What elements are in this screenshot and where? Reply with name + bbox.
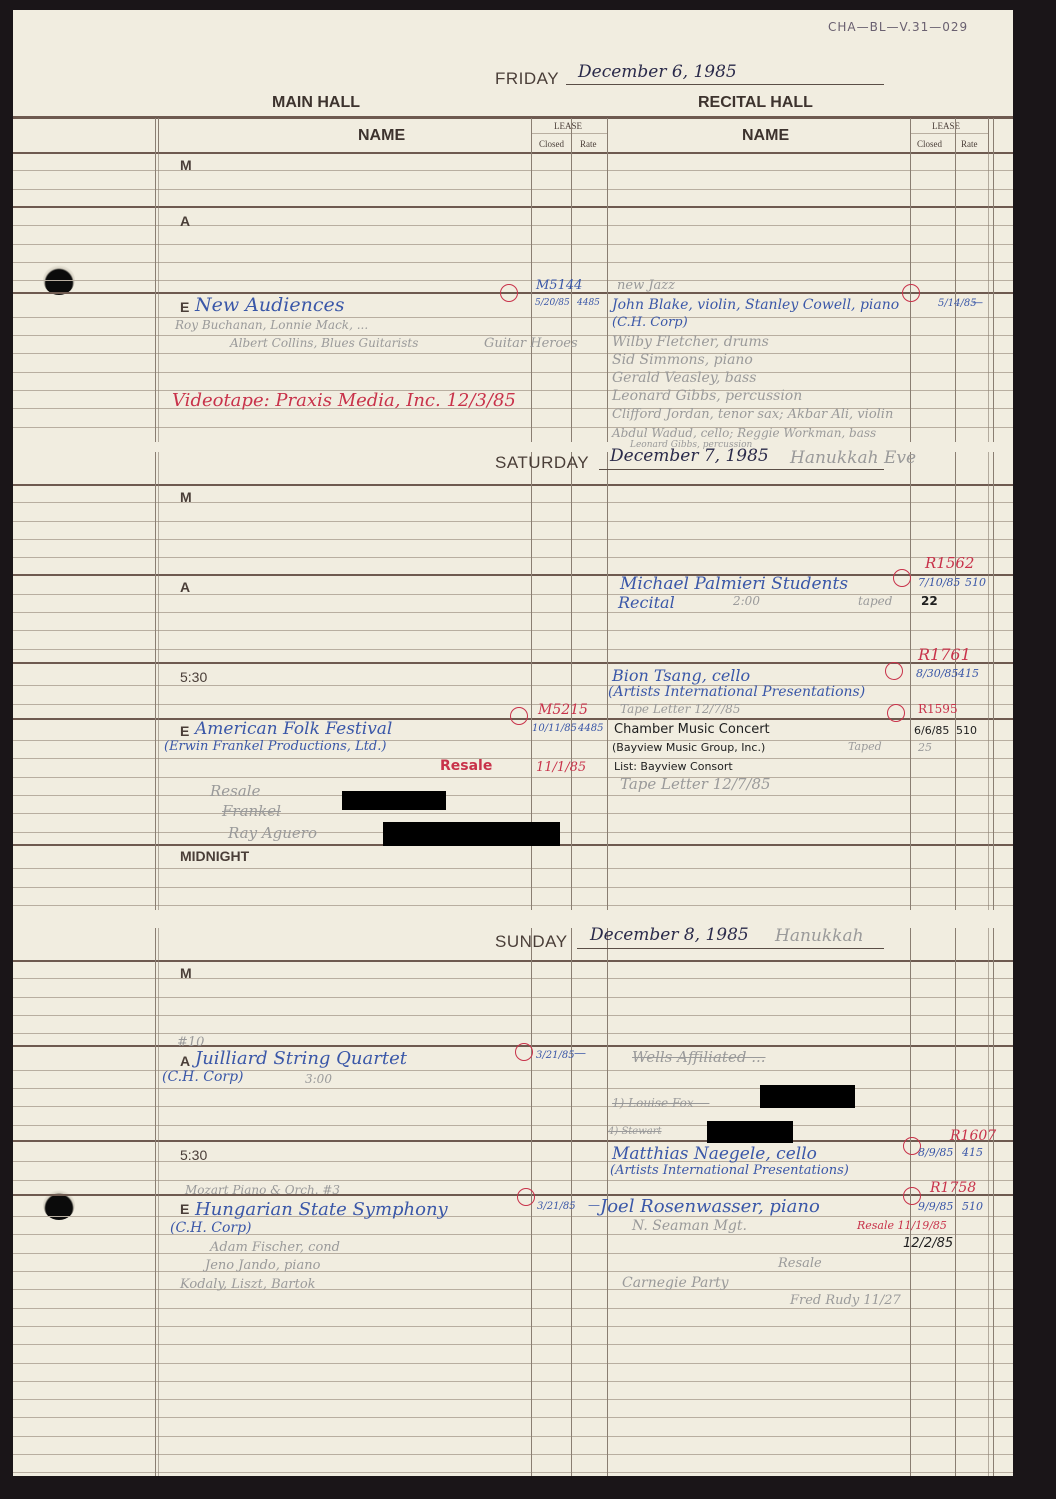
rule	[13, 887, 1013, 888]
lease-rate: 415	[958, 667, 979, 680]
rule	[993, 118, 994, 152]
pencil-note: Carnegie Party	[622, 1275, 729, 1291]
personnel-note: Wilby Fletcher, drums	[612, 334, 769, 350]
lease-rate: 510	[956, 724, 977, 737]
date-note: Hanukkah	[775, 926, 864, 946]
presenter: (Artists International Presentations)	[610, 1163, 849, 1178]
main-closed-header: Closed	[539, 139, 564, 149]
lease-rate: —	[972, 296, 983, 309]
rule	[13, 662, 1013, 664]
day-label-friday: FRIDAY	[495, 69, 559, 89]
lease-extra: 22	[921, 594, 938, 608]
redaction-bar	[383, 822, 560, 846]
pencil-note-struck: 1) Louise Fox —	[612, 1096, 709, 1110]
pencil-note-struck: Wells Affiliated ...	[632, 1048, 766, 1066]
recital-closed-header: Closed	[917, 139, 942, 149]
rule	[13, 1234, 1013, 1235]
rule	[13, 189, 1013, 190]
pencil-note: Adam Fischer, cond	[210, 1240, 340, 1255]
redaction-bar	[342, 791, 446, 810]
slot-morning: M	[180, 489, 192, 505]
rule	[13, 116, 1013, 119]
lease-closed-date: 5/20/85	[535, 298, 570, 308]
lease-number: M5215	[538, 702, 588, 718]
rule	[13, 353, 1013, 354]
lease-rate: 415	[962, 1146, 983, 1159]
rule	[13, 1140, 1013, 1142]
lease-closed-date: 8/9/85	[918, 1146, 953, 1159]
date-underline	[577, 948, 884, 949]
event-name: Chamber Music Concert	[614, 722, 770, 737]
rule	[13, 1106, 1013, 1107]
pencil-note: Fred Rudy 11/27	[790, 1293, 901, 1308]
lease-closed-date: 8/30/85	[916, 667, 958, 680]
lease-rate: 4485	[577, 298, 600, 308]
day-label-sunday: SUNDAY	[495, 932, 568, 952]
rule	[13, 372, 1013, 373]
main-lease-header: LEASE	[554, 121, 582, 131]
rule	[13, 484, 1013, 486]
rule	[910, 452, 911, 910]
recital-name-header: NAME	[742, 127, 789, 145]
event-name: Joel Rosenwasser, piano	[600, 1196, 820, 1217]
rule	[531, 120, 532, 442]
rule	[13, 1454, 1013, 1455]
rule	[13, 1472, 1013, 1473]
rule	[13, 612, 1013, 613]
lease-circle-mark	[902, 284, 920, 302]
presenter: (Artists International Presentations)	[608, 684, 865, 700]
rule	[13, 758, 1013, 759]
rule	[13, 1161, 1013, 1162]
pencil-note-struck: Frankel	[222, 802, 281, 820]
slot-morning: M	[180, 965, 192, 981]
rule	[155, 118, 156, 152]
slot-evening: E	[180, 1201, 189, 1217]
rule	[910, 118, 911, 152]
lease-number: R1758	[930, 1180, 976, 1196]
lease-circle-mark	[887, 704, 905, 722]
date-note: Hanukkah Eve	[790, 448, 916, 468]
rule	[988, 120, 989, 442]
rule	[13, 1015, 1013, 1016]
rule	[13, 997, 1013, 998]
rule	[13, 1180, 1013, 1181]
lease-closed-date: 3/21/85	[537, 1201, 576, 1212]
slot-evening: E	[180, 299, 189, 315]
rule	[955, 452, 956, 910]
lease-number: R1562	[925, 554, 974, 572]
pencil-note: Ray Aguero	[228, 824, 317, 842]
date-saturday: December 7, 1985	[610, 446, 769, 466]
event-name: Hungarian State Symphony	[195, 1199, 448, 1220]
pencil-note: Mozart Piano & Orch. #3	[185, 1183, 340, 1197]
pencil-note: Albert Collins, Blues Guitarists	[230, 336, 418, 350]
slot-afternoon: A	[180, 1053, 190, 1069]
rule	[13, 704, 1013, 705]
lease-circle-mark	[510, 707, 528, 725]
event-name: New Audiences	[195, 294, 345, 316]
reference-code: CHA—BL—V.31—029	[828, 20, 968, 34]
pencil-note: new Jazz	[617, 278, 675, 293]
rule	[13, 1253, 1013, 1254]
rule	[13, 1216, 1013, 1217]
rule	[13, 1045, 1013, 1047]
pencil-note: taped	[858, 594, 892, 608]
rule	[607, 120, 608, 442]
rule	[13, 206, 1013, 208]
presenter: (Erwin Frankel Productions, Ltd.)	[164, 739, 386, 754]
rule	[13, 649, 1013, 650]
rule	[988, 928, 989, 1476]
main-name-header: NAME	[358, 127, 405, 145]
event-name: Juilliard String Quartet	[195, 1048, 407, 1069]
rule	[607, 118, 608, 152]
rule	[993, 452, 994, 910]
rule	[988, 452, 989, 910]
rule	[13, 225, 1013, 226]
lease-circle-mark	[893, 569, 911, 587]
rule	[571, 452, 572, 910]
rule	[13, 317, 1013, 318]
rule	[13, 170, 1013, 171]
rule	[158, 118, 159, 152]
personnel-note: Abdul Wadud, cello; Reggie Workman, bass	[612, 426, 876, 440]
rule	[13, 244, 1013, 245]
rule	[158, 452, 159, 910]
lease-number: R1607	[950, 1128, 996, 1144]
rule	[571, 118, 572, 152]
rule	[13, 1125, 1013, 1126]
pencil-note: Resale	[210, 782, 261, 800]
rule	[993, 120, 994, 442]
event-name-line2: Recital	[618, 593, 675, 612]
rule	[13, 1271, 1013, 1272]
pencil-note: Taped	[848, 740, 882, 753]
rule	[910, 120, 911, 442]
pencil-note: Tape Letter 12/7/85	[620, 702, 740, 716]
pencil-note: Kodaly, Liszt, Bartok	[180, 1277, 316, 1292]
rule	[955, 928, 956, 1476]
event-time: 3:00	[305, 1072, 332, 1086]
pencil-note: N. Seaman Mgt.	[632, 1218, 747, 1234]
rule	[13, 1417, 1013, 1418]
lease-circle-mark	[515, 1043, 533, 1061]
rule	[910, 133, 988, 134]
lease-closed-date: 6/6/85	[914, 724, 949, 737]
rule	[13, 905, 1013, 906]
recital-hall-heading: RECITAL HALL	[698, 94, 813, 112]
main-rate-header: Rate	[580, 139, 597, 149]
rule	[158, 120, 159, 442]
event-time: 2:00	[733, 594, 760, 608]
lease-closed-date: 5/14/85	[938, 298, 977, 309]
slot-five-thirty: 5:30	[180, 1147, 207, 1163]
slot-afternoon: A	[180, 213, 190, 229]
rule	[531, 133, 607, 134]
rule	[158, 928, 159, 1476]
pencil-note: Tape Letter 12/7/85	[620, 775, 771, 793]
rule	[993, 928, 994, 1476]
day-label-saturday: SATURDAY	[495, 453, 589, 473]
event-name: John Blake, violin, Stanley Cowell, pian…	[612, 297, 899, 313]
rule	[155, 928, 156, 1476]
presenter: (Bayview Music Group, Inc.)	[612, 741, 765, 754]
rule	[13, 1289, 1013, 1290]
rule	[13, 539, 1013, 540]
lease-circle-mark	[517, 1188, 535, 1206]
resale-note: Resale	[440, 758, 492, 774]
lease-closed-date: 7/10/85	[918, 576, 960, 589]
videotape-note: Videotape: Praxis Media, Inc. 12/3/85	[172, 390, 516, 411]
rule	[155, 120, 156, 442]
slot-evening: E	[180, 723, 189, 739]
lease-rate: 510	[965, 576, 986, 589]
rule	[13, 280, 1013, 281]
lease-rate: —	[588, 1198, 600, 1212]
rule	[531, 118, 532, 152]
rule	[13, 1363, 1013, 1364]
slot-morning: M	[180, 157, 192, 173]
pencil-note: Resale	[778, 1256, 822, 1271]
personnel-note: Gerald Veasley, bass	[612, 370, 756, 386]
lease-closed-date: 9/9/85	[918, 1200, 953, 1213]
pencil-note-struck: 4) Stewart	[608, 1126, 662, 1137]
billing-note: List: Bayview Consort	[614, 760, 733, 773]
lease-rate: —	[574, 1046, 586, 1060]
date-underline	[599, 469, 884, 470]
lease-closed-date: 10/11/85	[532, 723, 577, 734]
slot-five-thirty: 5:30	[180, 669, 207, 685]
rule	[13, 1308, 1013, 1309]
rule	[13, 1399, 1013, 1400]
rule	[955, 120, 956, 442]
slot-afternoon: A	[180, 579, 190, 595]
rule	[13, 978, 1013, 979]
rule	[13, 1033, 1013, 1034]
slot-midnight: MIDNIGHT	[180, 848, 249, 864]
date-note: 12/2/85	[903, 1236, 953, 1251]
pencil-note: Roy Buchanan, Lonnie Mack, ...	[175, 318, 368, 332]
pencil-note: Guitar Heroes	[484, 336, 578, 351]
rule	[955, 118, 956, 152]
rule	[988, 118, 989, 152]
resale-note: Resale 11/19/85	[857, 1219, 947, 1232]
lease-closed-date: 3/21/85	[536, 1050, 575, 1061]
main-hall-heading: MAIN HALL	[272, 94, 360, 112]
lease-rate: 510	[962, 1200, 983, 1213]
personnel-note: Sid Simmons, piano	[612, 352, 753, 368]
presenter: (C.H. Corp)	[170, 1220, 252, 1236]
rule	[13, 502, 1013, 503]
event-name: Bion Tsang, cello	[612, 666, 750, 685]
redaction-bar	[760, 1085, 855, 1108]
date-sunday: December 8, 1985	[590, 925, 749, 945]
pencil-note: Jeno Jando, piano	[205, 1258, 320, 1273]
rule	[13, 557, 1013, 558]
lease-rate: 4485	[578, 723, 603, 734]
event-name: Matthias Naegele, cello	[612, 1144, 817, 1164]
personnel-note: Leonard Gibbs, percussion	[612, 388, 802, 404]
rule	[13, 960, 1013, 962]
rule	[13, 1436, 1013, 1437]
rule	[13, 1381, 1013, 1382]
lease-circle-mark	[885, 662, 903, 680]
rule	[13, 777, 1013, 778]
rule	[13, 521, 1013, 522]
rule	[13, 1088, 1013, 1089]
event-name: Michael Palmieri Students	[620, 574, 848, 594]
rule	[13, 262, 1013, 263]
lease-number: R1761	[918, 645, 971, 664]
rule	[13, 574, 1013, 576]
date-underline	[566, 84, 884, 85]
rule	[155, 452, 156, 910]
lease-extra: 25	[918, 741, 932, 754]
date-friday: December 6, 1985	[578, 62, 737, 82]
rule	[13, 795, 1013, 796]
rule	[607, 452, 608, 910]
rule	[13, 1344, 1013, 1345]
resale-date: 11/1/85	[536, 760, 586, 775]
rule	[13, 1326, 1013, 1327]
recital-rate-header: Rate	[961, 139, 978, 149]
presenter: (C.H. Corp)	[162, 1069, 244, 1085]
rule	[13, 152, 1013, 154]
rule	[13, 868, 1013, 869]
personnel-note: Clifford Jordan, tenor sax; Akbar Ali, v…	[612, 407, 893, 422]
rule	[13, 1194, 1013, 1196]
redaction-bar	[707, 1121, 793, 1143]
rule	[13, 813, 1013, 814]
rule	[13, 630, 1013, 631]
presenter: (C.H. Corp)	[612, 315, 688, 330]
lease-number: M5144	[536, 278, 582, 293]
lease-number: R1595	[918, 702, 958, 716]
event-name: American Folk Festival	[195, 719, 392, 739]
lease-circle-mark	[500, 284, 518, 302]
